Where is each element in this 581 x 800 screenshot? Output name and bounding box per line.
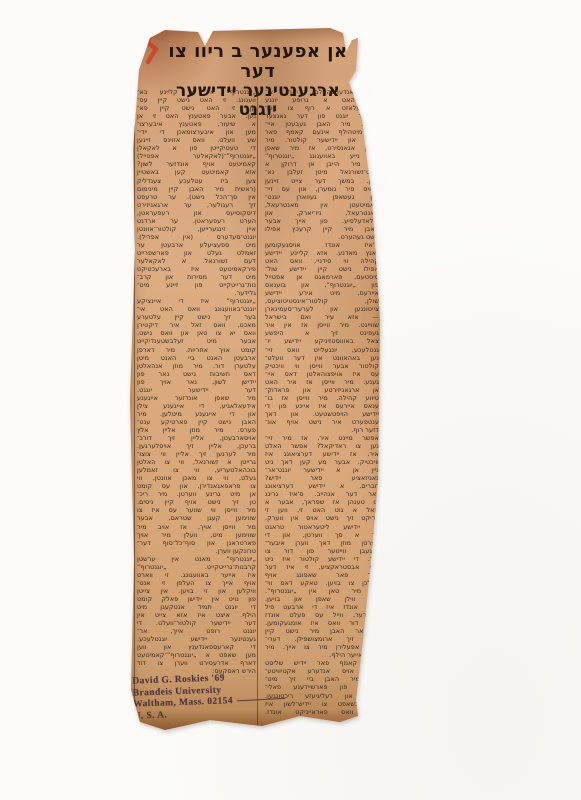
text-line: נאר דער אנהייב. ס'איז גרינג — [265, 490, 379, 498]
text-line: שווערער, ווייל עס פעלט אונדז — [265, 611, 379, 619]
text-line: יוגנט רופט אייך, אר־ — [137, 627, 256, 635]
text-line: וועלט. מיר האבן געבעטן איי־ — [265, 120, 379, 128]
text-line: זיך רעגולער, ער ארגאניזירט — [137, 201, 256, 209]
text-line: פארטראגן און סוף־כל־סוף דער־ — [137, 539, 256, 547]
text-line: „יוגנטרוף” מאנט אין ערשטן — [137, 555, 256, 563]
headline-line-1: אן אפענער ב ריוו צו דער — [160, 42, 356, 82]
text-line: חברים, א יידישע דערציאונג — [265, 482, 379, 490]
text-line: ארבעטן האנט ביי האנט מיטן — [137, 354, 256, 362]
text-line: אויף אייך צו העלפן זי אנט־ — [137, 579, 256, 587]
text-line: מיר לערנען זיך אליין ווי צוצו־ — [137, 450, 256, 458]
text-line: דארף אדרעסירט ווערן צו דוד — [137, 659, 256, 667]
text-line: דאס חשיבות נישט נאר פון — [137, 370, 256, 378]
text-line: פילאדעלפיע. פון אייך אבער — [265, 217, 379, 225]
text-line: יידיש און יידישער קולטור. מיר — [265, 136, 379, 144]
text-line: שווייגט. מיר ווייסן אז אין איר — [265, 321, 379, 329]
text-line: די יידישע ליטעראטור טראגט — [265, 523, 379, 531]
text-line: אפילו נישט קיין יידישע שול־ — [265, 265, 379, 273]
text-line: איז אייער באוועגונג. זי ווארט — [137, 571, 256, 579]
text-line: געגעבן ווייטער פון דור צו — [265, 547, 379, 555]
text-line: דיסקוסיעס און רעפעראטן, — [137, 209, 256, 217]
text-line: בוכהאלטעריע, ווי צו זאמלען — [137, 466, 256, 474]
text-line: יידישע הויפטשטעט. און דאך — [265, 410, 379, 418]
text-line: האבן אייער הילף. — [265, 651, 379, 659]
text-line: גיין אן א יידישער יוגנט־אר־ — [265, 466, 379, 474]
text-line: קרבנות־גרייטקייט. „יוגנטרוף” — [137, 563, 256, 571]
text-line: איר, אז יידישע דערציאונג איז — [265, 450, 379, 458]
text-line: איין זינגערייען, קולטור־אוונטן — [137, 225, 256, 233]
text-line: אויסארבעטן, אליין זיך דורכ־ — [137, 434, 256, 442]
text-line: לן מיר טאן אין „יוגנטרוף”. — [265, 587, 379, 595]
text-line: הערט רעפעראטן. ער ארדנט — [137, 217, 256, 225]
text-line: וואס יא צו טאן און וואס נישט. — [137, 329, 256, 337]
text-line: אזא קאמיטעט קען באשטיין — [137, 168, 256, 176]
text-line: ארויס פיר נומערן, און עס זיי־ — [265, 185, 379, 193]
text-line: עס איז אויפצוהאלטן דאס איי־ — [265, 370, 379, 378]
text-line: קיין אבסטראקציע, זי איז דער — [265, 563, 379, 571]
column-right: מיט אנדערטהאלבן יאר צו־ריק האט א גרופע י… — [265, 88, 379, 716]
news-clipping: אן אפענער ב ריוו צו דער ארגענטינער יידיש… — [128, 26, 386, 738]
text-line: יוגנט־סעדערס (אין אפריל). — [137, 233, 256, 241]
column-left: „יוגנטרוף” איז א קליינע בא־וועגונג. זי ה… — [137, 88, 256, 716]
text-line: קאמיטעט אויף אונדזער לשון? — [137, 160, 256, 168]
text-line: נען באהאוונט אין דער וועלט־ — [265, 354, 379, 362]
text-line: מיר ווייסן אויך, אז אויב מיר — [137, 523, 256, 531]
text-line: צייטונגען און לערער־סעמינארן — [265, 305, 379, 313]
text-line: ער מיטהילף אינעם קאמף פאר — [265, 128, 379, 136]
text-line: פערס. מיר מוזן אליין אלץ — [137, 426, 256, 434]
text-line: וועלכן צו בויען. טאקע דאס ווי־ — [265, 579, 379, 587]
text-line: וויכטיק. אבער מע קען דאך ניט — [265, 458, 379, 466]
text-line: דער יידישער קולטור־וועלט. די — [137, 619, 256, 627]
text-line: קאמיטעטן אין מאנטרעאל, — [265, 201, 379, 209]
text-line: אידעאלאגיע, די אייגענע צילן — [137, 402, 256, 410]
text-line: און די אייגענע מיטלען. מיר — [137, 410, 256, 418]
text-line: יסוד פאר שאפונג אויף — [265, 571, 379, 579]
text-line: מען שאפט א „יוגנטרוף”־קאמיטעט — [137, 651, 256, 659]
text-line: צאל באוווסטזיניקע יידישע יו־ — [265, 337, 379, 345]
text-line: מאל א גוט האט זי, ווען זי — [265, 506, 379, 514]
text-line: דער קאמף פאר יידיש שליסט — [265, 659, 379, 667]
text-line: אין סך־הכל נישט). ער טרעפט — [137, 193, 256, 201]
text-line: שווימען מיט, וועלן מיר אויך — [137, 531, 256, 539]
text-line: זיך א סך ווערטן, און די — [265, 531, 379, 539]
text-line: מאכט, וואס זאל איר דיקטירן — [137, 321, 256, 329]
text-line: זאמלט געלט און פארשפרייט — [137, 249, 256, 257]
text-line: צו טענהן אז שפראך, אבער א — [265, 498, 379, 506]
text-line: קהילה ווי סידניי, וואס האט — [265, 257, 379, 265]
text-line: מאנטרעאל, ניו־יארק, און — [265, 209, 379, 217]
text-line: אבער מיט זעלבשטענדיקייט — [137, 337, 256, 345]
text-line: „יוגנטרוף” איז די איינציקע — [137, 297, 256, 305]
text-line: אן מיט גרינע ווערטן. מיר ריכ־ — [137, 490, 256, 498]
text-line: פון „יוגנטרוף”, און בוענאס — [265, 281, 379, 289]
text-line: ענאס איירעס איז איינע פון די — [265, 402, 379, 410]
text-line: א שיעור, פאטענץ איבערצו־ — [137, 120, 256, 128]
text-line: טן זיך נישט אויף קיין ניסים. — [137, 498, 256, 506]
text-line: גענע: מיר ווייסן אז איר האט — [265, 378, 379, 386]
text-line: ברעכן, אליין זיך אויסלערנען. — [137, 442, 256, 450]
text-line: בער אפעלירן מיר צו אייך. מיר — [265, 643, 379, 651]
article-columns: מיט אנדערטהאלבן יאר צו־ריק האט א גרופע י… — [137, 88, 379, 716]
text-line: טיווע קהילה. מיר ווייסן אז בו־ — [265, 394, 379, 402]
text-line: גאנץ מאדנע. אזא קליינע יידישע — [265, 249, 379, 257]
text-line: הילף. איצט איז אזא צייט אין — [137, 611, 256, 619]
text-line: עלטערן דור. מיר מוזן אנהאלטן — [137, 362, 256, 370]
ownership-stamp: David G. Roskies '69 Brandeis University… — [132, 671, 284, 722]
text-line: יוגנט־באוועגונג וואס האט אי־ — [137, 305, 256, 313]
text-line: מיר שאפן אונדזער אייגענע — [137, 394, 256, 402]
text-line: דער יידישער יוגנט. — [137, 386, 256, 394]
text-line: א נייע באוועגונג „יוגנטרוף” — [265, 152, 379, 160]
text-line: געפינט זיך א היפשע — [265, 329, 379, 337]
column-left-rule — [134, 88, 135, 702]
text-line: אפשר מיינט איר, אז מיר זיי־ — [265, 434, 379, 442]
text-line: שולן, קולטור־אינסטיטוציעס, — [265, 297, 379, 305]
text-line: גלידער. — [137, 289, 256, 297]
text-line: קולטור אבער ווייסן ווי וויכטיק — [265, 362, 379, 370]
text-line: גאניזאציע פאר יידיש? — [265, 474, 379, 482]
text-line: איירעס, מיט אירע יידישע — [265, 289, 379, 297]
text-line: געלט, ווי צו מאכן אוונטן, ווי — [137, 474, 256, 482]
text-line: צו פראפאגאנדירן, און עס קומט — [137, 482, 256, 490]
text-line: „יוגנטרוף” איז א קליינע בא־ — [137, 88, 256, 96]
text-line: דריקט זיך נישט אויס אין ווערק. — [265, 514, 379, 522]
text-line: דער דור וואס איז אומגעקומען. — [265, 619, 379, 627]
text-line: די קארעספאנדענץ און ווען — [137, 643, 256, 651]
text-line: קן, זי האט נישט קיין פא־ — [137, 104, 256, 112]
text-line: טרונקען ווערן. — [137, 547, 256, 555]
text-line: האבן נישט קיין פארטיקע ענט־ — [137, 418, 256, 426]
text-line: די יוגנט תמיד אנטקעגן מיט — [137, 603, 256, 611]
text-line: סיסטעם, פארמאגט אן אפטייל — [265, 273, 379, 281]
scan-page: { "clipping": { "paper_color": "#d7a67c"… — [0, 0, 581, 800]
text-line: קומט אויך אחריות. מיר דארפן — [137, 346, 256, 354]
text-line: מיר ווייסן ווי שווער עס איז צו — [137, 506, 256, 514]
text-line: מען. במשך דער צייט זיינען — [265, 177, 379, 185]
text-line: האבן אנאנסירט, אז מיר שאפן — [265, 144, 379, 152]
text-line: מיר ווילן שאפן און בויען. — [265, 595, 379, 603]
text-line: שווימען קעגן שטראם, אבער — [137, 514, 256, 522]
text-line: אז מיר הייבן אן דרוקן א — [265, 160, 379, 168]
text-line: — אזא עיר ואם בישראל — [265, 313, 379, 321]
text-line: ארויסגעלאזט א רוף צו דער — [265, 104, 379, 112]
text-line: די טעטיקייטן פון א לאקאלן — [137, 144, 256, 152]
text-line: דערפאר האבן מיר נישט קיין — [265, 627, 379, 635]
text-line: וויקלען און זי בויען. אין צייטן — [137, 587, 256, 595]
text-line: ווערטן מוזן דאך ווערן איבער־ — [265, 539, 379, 547]
text-line: דור. די יידישע קולטור איז ניט — [265, 555, 379, 563]
text-line: דזער רוף. — [265, 426, 379, 434]
text-line: גענטינער יידישע יוגנטלעכע. — [137, 635, 256, 643]
text-line: אן ארגאניזירטע און פראדוק־ — [265, 386, 379, 394]
text-line: יידישן לשון, נאר אויך פון — [137, 378, 256, 386]
text-line: נען. אבער פאטענץ האט זי אן — [137, 112, 256, 120]
text-line: גנטלעכע, יונגעלייט וואס זיי־ — [265, 346, 379, 354]
text-line: ס'איז אונדז אויסגעקומען — [265, 241, 379, 249]
text-line: פירקאמיטעט איז בארעכטיקט — [137, 265, 256, 273]
text-line: בער זיך נישט קיין עלטערע — [137, 313, 256, 321]
text-line: שע וועלט. וואס אזוינס זיינען — [137, 136, 256, 144]
text-line: יוגנט־זשורנאל מיטן זעלבן נא־ — [265, 168, 379, 176]
text-line: נען געשאפן געווארן יוגנט־ — [265, 193, 379, 201]
text-line: ריק האט א גרופע יונגע — [265, 96, 379, 104]
text-line: נען צו ראדיקאל? אפשר האלט — [265, 442, 379, 450]
text-line: (ראשית מיר האבן קיין מינימום — [137, 185, 256, 193]
text-line: דעם זשורנאל. א לאקאלער — [137, 257, 256, 265]
clipping-paper: אן אפענער ב ריוו צו דער ארגענטינער יידיש… — [128, 26, 386, 738]
text-line: „יוגנטרוף”־(לאקאלער אפטייל) — [137, 152, 256, 160]
text-line: ענטפערט איר נישט אויף אונ־ — [265, 418, 379, 426]
text-line: מען און איבערצומאכן די יידי־ — [137, 128, 256, 136]
text-line: נישט געהערט. — [265, 233, 379, 241]
text-line: גרייטן א זשורנאל, ווי צו האלטן — [137, 458, 256, 466]
text-line: פון נויט אין יידישן פאלק קומט — [137, 595, 256, 603]
text-line: מיט אנדערטהאלבן יאר צו־ — [265, 88, 379, 96]
text-line: מיט דער מסירות און קרב־ — [137, 273, 256, 281]
text-line: יידישער יוגנט פון דער גאנצער — [265, 112, 379, 120]
text-line: האבן מיר קיין קרעכץ אפילו — [265, 225, 379, 233]
text-line: פאר אונדז איז די ארבעט פיל — [265, 603, 379, 611]
text-line: צייט זיך ארומצושפילן. דערי־ — [265, 635, 379, 643]
text-line: נות־גרייטקייט פון זיינע מיט־ — [137, 281, 256, 289]
text-line: וועגונג. זי האט נישט קיין עס־ — [137, 96, 256, 104]
text-line: צען ביז עטלעכע צענדליק — [137, 177, 256, 185]
text-line: מיט ספעציעלע ארבעטן ער — [137, 241, 256, 249]
